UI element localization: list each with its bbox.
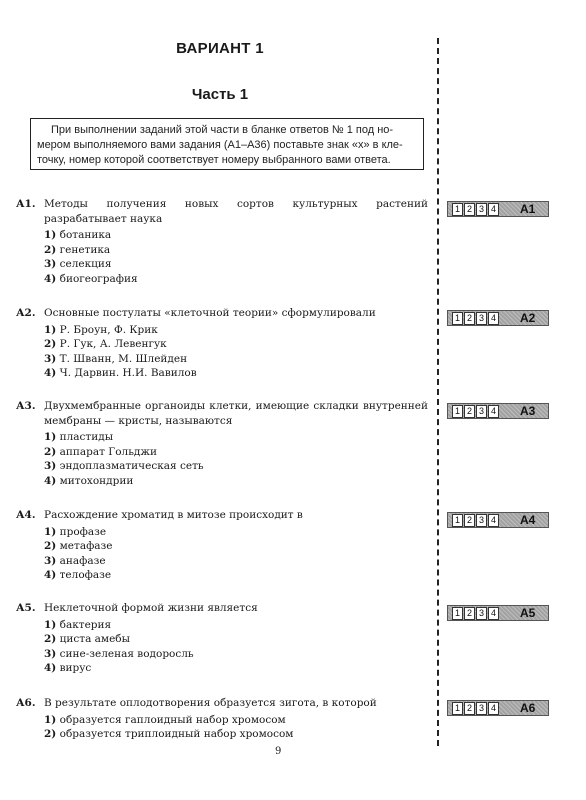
option-number: 1)	[44, 324, 56, 336]
answer-cell-checkbox[interactable]: 4	[488, 702, 499, 715]
answer-option: 4) Ч. Дарвин. Н.И. Вавилов	[44, 366, 428, 381]
answer-cell-checkbox[interactable]: 4	[488, 607, 499, 620]
option-number: 1)	[44, 619, 56, 631]
option-number: 3)	[44, 258, 56, 270]
option-number: 2)	[44, 540, 56, 552]
option-number: 2)	[44, 338, 56, 350]
variant-title: ВАРИАНТ 1	[0, 40, 440, 57]
option-number: 4)	[44, 662, 56, 674]
answer-option: 2) циста амебы	[44, 632, 428, 647]
option-text: Р. Броун, Ф. Крик	[60, 324, 158, 336]
answer-cell-checkbox[interactable]: 2	[464, 312, 475, 325]
option-number: 1)	[44, 229, 56, 241]
option-text: Ч. Дарвин. Н.И. Вавилов	[60, 367, 197, 379]
answer-cell-checkbox[interactable]: 3	[476, 607, 487, 620]
answer-box-a2: 1234A2	[447, 310, 549, 326]
answer-option: 4) вирус	[44, 661, 428, 676]
instructions-line: При выполнении заданий этой части в блан…	[37, 123, 417, 138]
question-text: Методы получения новых сортов культурных…	[44, 197, 428, 226]
answer-box-label: A6	[520, 701, 535, 715]
part-title: Часть 1	[0, 86, 440, 103]
option-number: 3)	[44, 353, 56, 365]
answer-option: 1) Р. Броун, Ф. Крик	[44, 323, 428, 338]
answer-cells: 1234	[452, 607, 500, 620]
answer-option: 1) бактерия	[44, 618, 428, 633]
answer-cell-checkbox[interactable]: 2	[464, 514, 475, 527]
option-text: биогеография	[60, 273, 138, 285]
answer-option: 2) метафазе	[44, 539, 428, 554]
question-number: А4.	[16, 508, 36, 523]
option-number: 4)	[44, 367, 56, 379]
cut-line-divider	[437, 38, 439, 746]
option-text: селекция	[60, 258, 112, 270]
option-number: 2)	[44, 244, 56, 256]
question-a2: А2.Основные постулаты «клеточной теории»…	[16, 306, 428, 381]
answer-cell-checkbox[interactable]: 3	[476, 203, 487, 216]
answer-box-a4: 1234A4	[447, 512, 549, 528]
option-number: 2)	[44, 633, 56, 645]
answer-option: 3) сине-зеленая водоросль	[44, 647, 428, 662]
option-text: аппарат Гольджи	[60, 446, 157, 458]
answer-option: 3) Т. Шванн, М. Шлейден	[44, 352, 428, 367]
option-text: эндоплазматическая сеть	[60, 460, 204, 472]
option-number: 2)	[44, 446, 56, 458]
answer-cell-checkbox[interactable]: 3	[476, 514, 487, 527]
answer-cells: 1234	[452, 702, 500, 715]
question-text: Основные постулаты «клеточной теории» сф…	[44, 306, 428, 321]
answer-option: 1) профазе	[44, 525, 428, 540]
answer-cell-checkbox[interactable]: 4	[488, 312, 499, 325]
answer-cell-checkbox[interactable]: 2	[464, 702, 475, 715]
answer-option: 2) Р. Гук, А. Левенгук	[44, 337, 428, 352]
answer-box-label: A2	[520, 311, 535, 325]
question-number: А3.	[16, 399, 36, 414]
option-number: 4)	[44, 273, 56, 285]
answer-option: 4) биогеография	[44, 272, 428, 287]
option-text: пластиды	[60, 431, 113, 443]
question-number: А5.	[16, 601, 36, 616]
question-a3: А3.Двухмембранные органоиды клетки, имею…	[16, 399, 428, 488]
answer-cell-checkbox[interactable]: 1	[452, 607, 463, 620]
option-number: 4)	[44, 475, 56, 487]
answer-cell-checkbox[interactable]: 4	[488, 514, 499, 527]
answer-option: 2) образуется триплоидный набор хромосом	[44, 727, 428, 742]
answer-cell-checkbox[interactable]: 1	[452, 514, 463, 527]
option-text: метафазе	[60, 540, 113, 552]
option-text: митохондрии	[60, 475, 134, 487]
instructions-line: точку, номер которой соответствует номер…	[37, 153, 417, 168]
option-text: генетика	[60, 244, 111, 256]
option-text: Т. Шванн, М. Шлейден	[60, 353, 187, 365]
question-text: Двухмембранные органоиды клетки, имеющие…	[44, 399, 428, 428]
question-text: Расхождение хроматид в митозе происходит…	[44, 508, 428, 523]
answer-cells: 1234	[452, 203, 500, 216]
answer-option: 1) пластиды	[44, 430, 428, 445]
answer-options: 1) пластиды2) аппарат Гольджи3) эндоплаз…	[44, 430, 428, 488]
answer-box-a1: 1234A1	[447, 201, 549, 217]
answer-options: 1) Р. Броун, Ф. Крик2) Р. Гук, А. Левенг…	[44, 323, 428, 381]
option-text: сине-зеленая водоросль	[60, 648, 194, 660]
answer-cell-checkbox[interactable]: 1	[452, 702, 463, 715]
option-number: 1)	[44, 431, 56, 443]
answer-cell-checkbox[interactable]: 3	[476, 312, 487, 325]
answer-option: 3) селекция	[44, 257, 428, 272]
answer-cell-checkbox[interactable]: 1	[452, 405, 463, 418]
answer-box-a6: 1234A6	[447, 700, 549, 716]
option-number: 1)	[44, 526, 56, 538]
question-a1: А1.Методы получения новых сортов культур…	[16, 197, 428, 286]
answer-cell-checkbox[interactable]: 2	[464, 405, 475, 418]
option-text: анафазе	[60, 555, 106, 567]
answer-options: 1) бактерия2) циста амебы3) сине-зеленая…	[44, 618, 428, 676]
option-text: вирус	[60, 662, 92, 674]
answer-option: 4) митохондрии	[44, 474, 428, 489]
answer-cell-checkbox[interactable]: 2	[464, 203, 475, 216]
answer-cell-checkbox[interactable]: 2	[464, 607, 475, 620]
answer-cell-checkbox[interactable]: 1	[452, 312, 463, 325]
option-number: 1)	[44, 714, 56, 726]
answer-cell-checkbox[interactable]: 4	[488, 203, 499, 216]
answer-option: 4) телофазе	[44, 568, 428, 583]
page-number: 9	[275, 746, 281, 757]
answer-cell-checkbox[interactable]: 1	[452, 203, 463, 216]
answer-box-label: A1	[520, 202, 535, 216]
option-number: 3)	[44, 460, 56, 472]
option-text: циста амебы	[60, 633, 130, 645]
question-text: В результате оплодотворения образуется з…	[44, 696, 428, 711]
answer-options: 1) образуется гаплоидный набор хромосом2…	[44, 713, 428, 742]
option-text: профазе	[60, 526, 106, 538]
question-a5: А5.Неклеточной формой жизни является1) б…	[16, 601, 428, 676]
question-number: А1.	[16, 197, 36, 212]
option-text: образуется триплоидный набор хромосом	[60, 728, 294, 740]
answer-option: 2) генетика	[44, 243, 428, 258]
option-number: 4)	[44, 569, 56, 581]
question-text: Неклеточной формой жизни является	[44, 601, 428, 616]
answer-option: 3) эндоплазматическая сеть	[44, 459, 428, 474]
option-text: Р. Гук, А. Левенгук	[60, 338, 167, 350]
answer-box-a3: 1234A3	[447, 403, 549, 419]
question-number: А6.	[16, 696, 36, 711]
answer-cell-checkbox[interactable]: 3	[476, 405, 487, 418]
option-text: ботаника	[60, 229, 112, 241]
option-number: 3)	[44, 648, 56, 660]
answer-box-label: A4	[520, 513, 535, 527]
question-a6: А6.В результате оплодотворения образуетс…	[16, 696, 428, 742]
answer-option: 3) анафазе	[44, 554, 428, 569]
instructions-box: При выполнении заданий этой части в блан…	[30, 118, 424, 170]
answer-cells: 1234	[452, 514, 500, 527]
question-a4: А4.Расхождение хроматид в митозе происхо…	[16, 508, 428, 583]
answer-cell-checkbox[interactable]: 4	[488, 405, 499, 418]
option-text: бактерия	[60, 619, 112, 631]
answer-options: 1) ботаника2) генетика3) селекция4) биог…	[44, 228, 428, 286]
question-number: А2.	[16, 306, 36, 321]
answer-options: 1) профазе2) метафазе3) анафазе4) телофа…	[44, 525, 428, 583]
answer-option: 1) образуется гаплоидный набор хромосом	[44, 713, 428, 728]
option-text: телофазе	[60, 569, 111, 581]
answer-box-label: A3	[520, 404, 535, 418]
option-text: образуется гаплоидный набор хромосом	[60, 714, 286, 726]
answer-cell-checkbox[interactable]: 3	[476, 702, 487, 715]
answer-cells: 1234	[452, 405, 500, 418]
answer-box-label: A5	[520, 606, 535, 620]
answer-option: 1) ботаника	[44, 228, 428, 243]
answer-option: 2) аппарат Гольджи	[44, 445, 428, 460]
option-number: 2)	[44, 728, 56, 740]
option-number: 3)	[44, 555, 56, 567]
answer-box-a5: 1234A5	[447, 605, 549, 621]
instructions-line: мером выполняемого вами задания (А1–А36)…	[37, 138, 417, 153]
answer-cells: 1234	[452, 312, 500, 325]
